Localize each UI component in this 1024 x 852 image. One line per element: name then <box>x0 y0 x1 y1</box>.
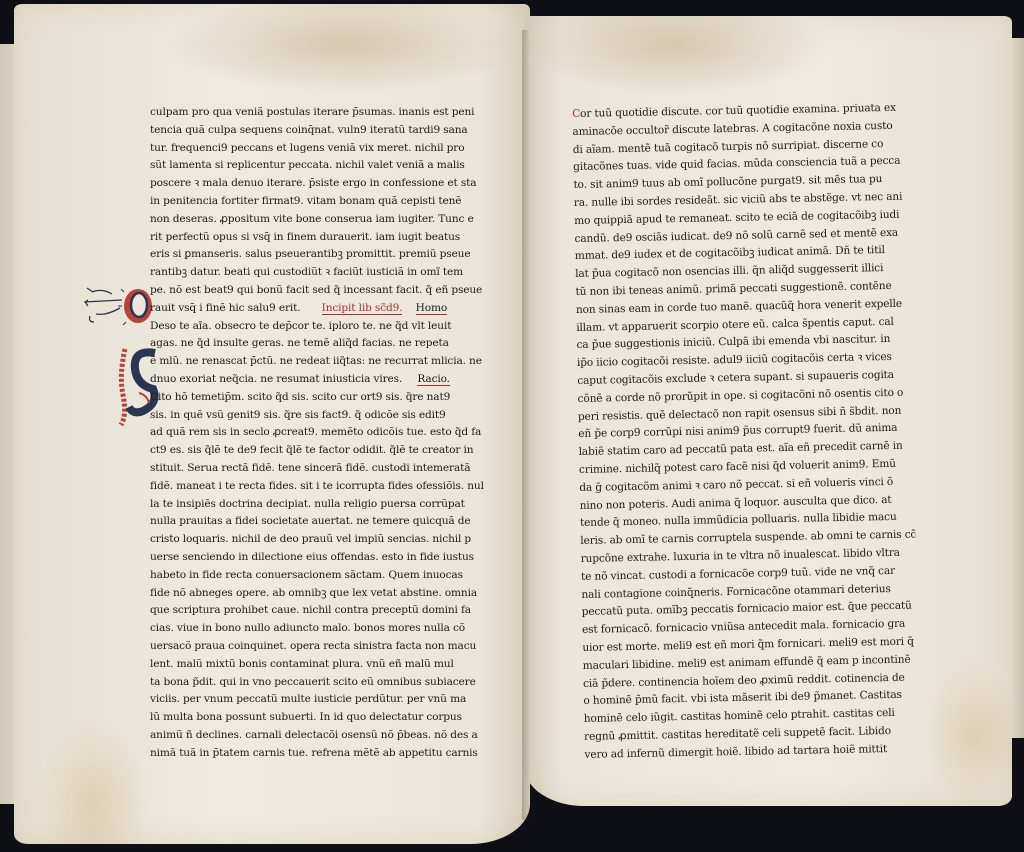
text-line: habeto in fide recta conuersacionem sãct… <box>150 567 495 585</box>
text-line: eris si ꝑmanseris. salus pseuerantibꝫ pr… <box>150 246 495 264</box>
text-line: stituit. Serua rectã fidẽ. tene sincerã … <box>150 460 495 478</box>
text-line: uerse senciendo in dilectione eius offen… <box>150 549 495 567</box>
text-line: sis. in quẽ vsũ genit9 sis. q̃re sis fac… <box>150 407 495 425</box>
text-line: tur. frequenci9 peccans et lugens veniã … <box>150 140 495 158</box>
text-line: ta bona p̃dit. qui in vno peccauerit sci… <box>150 674 495 692</box>
text-line: animũ ñ declines. carnali delectacõi ose… <box>150 727 495 745</box>
text-line: Cito hõ temetip̄m. scito q̃d sis. scito … <box>150 389 495 407</box>
text-line-with-incipit: rauit vsq̄ i finẽ hic salu9 erit. Incipi… <box>150 300 495 318</box>
right-page-text: Cor tuũ quotidie discute. cor tuũ quotid… <box>572 100 920 765</box>
text-line: rantibꝫ datur. beati qui custodiũt ꝛ fac… <box>150 264 495 282</box>
text-line: uersacõ praua coinquinet. opera recta si… <box>150 638 495 656</box>
text-line: nulla prauitas a fidei societate auertat… <box>150 513 495 531</box>
text-line: in penitencia fortiter firmat9. vitam bo… <box>150 193 495 211</box>
underlying-page-right-edge <box>1010 38 1024 738</box>
rubricated-initial: C <box>572 108 580 120</box>
text-line: la te insipiẽs doctrina decipiat. nulla … <box>150 496 495 514</box>
text-line: fidẽ. maneat i te recta fides. sit i te … <box>150 478 495 496</box>
text-line: cias. viue in bono nullo adiuncto malo. … <box>150 620 495 638</box>
text-line: lent. malũ mixtũ bonis contaminat plura.… <box>150 656 495 674</box>
text-fragment: rauit vsq̄ i finẽ hic salu9 erit. <box>150 302 300 314</box>
text-fragment: dnuo exoriat neq̃cia. ne resumat iniusti… <box>150 373 402 385</box>
text-line: poscere ꝛ mala denuo iterare. p̄siste er… <box>150 175 495 193</box>
text-line: viciis. per vnum peccatũ multe iusticie … <box>150 691 495 709</box>
text-line: Deso te aĩa. obsecro te dep̄cor te. iplo… <box>150 318 495 336</box>
left-page-text: culpam pro qua veniã postulas iterare p̄… <box>150 104 495 762</box>
text-line: que scriptura prohibet caue. nichil cont… <box>150 602 495 620</box>
text-line-with-racio: dnuo exoriat neq̃cia. ne resumat iniusti… <box>150 371 495 389</box>
text-line: nimã tuã in p̄tatem carnis tue. refrena … <box>150 745 495 763</box>
racio-heading: Racio. <box>417 373 450 386</box>
book-gutter <box>522 30 530 820</box>
text-line: ct9 es. sis q̃lẽ te de9 fecit q̃lẽ te fa… <box>150 442 495 460</box>
text-line: rit perfectũ opus si vsq̄ in finem durau… <box>150 229 495 247</box>
text-line: sũt lamenta si replicentur peccata. nich… <box>150 157 495 175</box>
text-line: pe. nõ est beat9 qui bonũ facit sed q̃ i… <box>150 282 495 300</box>
text-line: agas. ne q̃d insulte geras. ne temẽ aliq… <box>150 335 495 353</box>
homo-heading: Homo <box>416 302 447 315</box>
text-line: non deseras. ꝓpositum vite bone conserua… <box>150 211 495 229</box>
incipit-rubric: Incipit lib sc̃d9. <box>322 302 403 315</box>
text-line: culpam pro qua veniã postulas iterare p̄… <box>150 104 495 122</box>
decorated-initial-o-icon <box>82 280 152 336</box>
text-line: cristo loquaris. nichil de deo prauũ vel… <box>150 531 495 549</box>
text-line: ad quã rem sis in seclo ꝓcreat9. memẽto … <box>150 424 495 442</box>
text-line: tencia quã culpa sequens coinq̄nat. vuln… <box>150 122 495 140</box>
text-line: fide nõ abneges opere. ab omnibꝫ que lex… <box>150 585 495 603</box>
text-line: lũ multa bona possunt subuerti. In id qu… <box>150 709 495 727</box>
text-line: ẽ mlũ. ne renascat p̄ctũ. ne redeat iiq̃… <box>150 353 495 371</box>
